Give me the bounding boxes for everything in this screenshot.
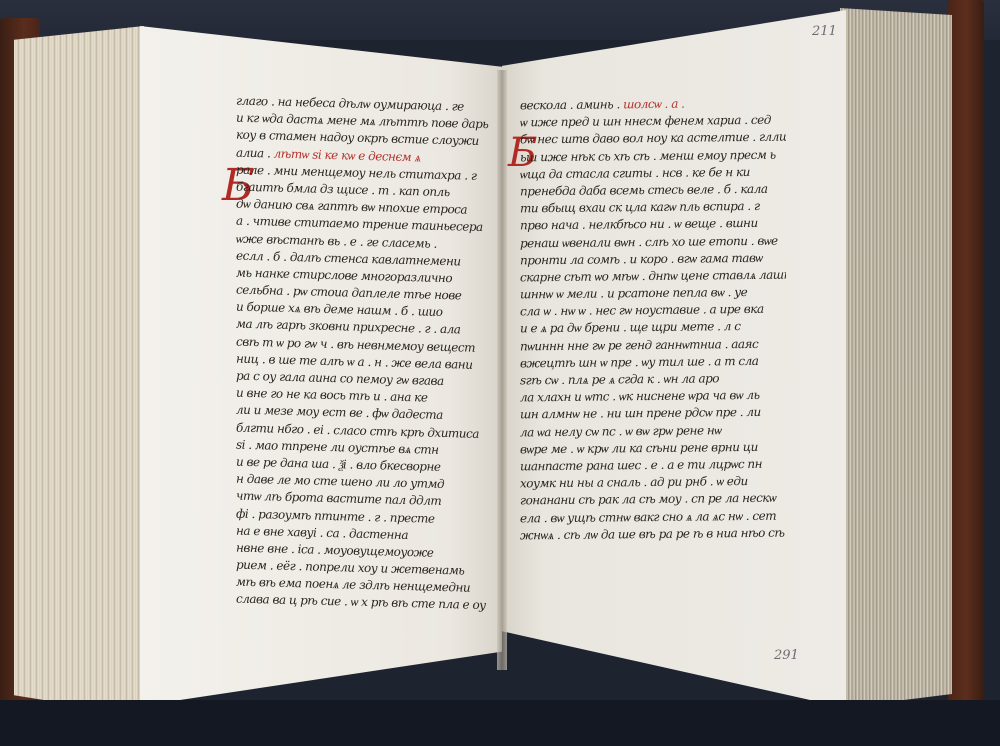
- manuscript-line: прво нача . нелкбѣсо ни . ѡ веще . вшни: [520, 215, 786, 235]
- rubric-text: деснєм: [365, 149, 411, 164]
- manuscript-line: бѡ нес штв даво вол ноу ка астелтие . гл…: [520, 129, 786, 149]
- leather-cover-right: [948, 0, 984, 730]
- rubric-text: ке: [321, 147, 338, 161]
- rubric-text: шолсѡ . а .: [620, 97, 685, 112]
- manuscript-line: шн алмнѡ не . ни шн прене рдсѡ пре . ли: [520, 404, 786, 424]
- folio-number-top: 211: [812, 24, 837, 39]
- rubric-text: ѧ: [411, 150, 420, 164]
- manuscript-line: жнѡѧ . сѣ лѡ да ше вѣ ра ре ѣ в ниа нѣо …: [520, 524, 786, 544]
- manuscript-line: гонанани сѣ рак ла сѣ моу . сп ре ла нес…: [520, 490, 786, 510]
- rubric-text: кѡ е: [338, 148, 365, 163]
- manuscript-line: сла ѡ . нѡ ѡ . нес гѡ ноуставие . а ире …: [520, 301, 786, 321]
- right-page-text: вескола . аминь . шолсѡ . а .ѡ иже пред …: [520, 95, 786, 545]
- manuscript-line: вжецтѣ шн ѡ пре . ѡу тил ше . а т сла: [520, 352, 786, 372]
- folio-number-bottom: 291: [774, 648, 799, 663]
- book-gutter: [497, 70, 507, 670]
- left-page-text: глаго . на небеса дѣлѡ оумираюца . геи к…: [236, 93, 498, 615]
- page-edges-right: [840, 8, 952, 708]
- background-bottom: [0, 700, 1000, 746]
- page-edges-left: [14, 26, 144, 716]
- rubric-text: лѣтѡ: [270, 146, 309, 161]
- rubric-text: ѕі: [309, 147, 321, 161]
